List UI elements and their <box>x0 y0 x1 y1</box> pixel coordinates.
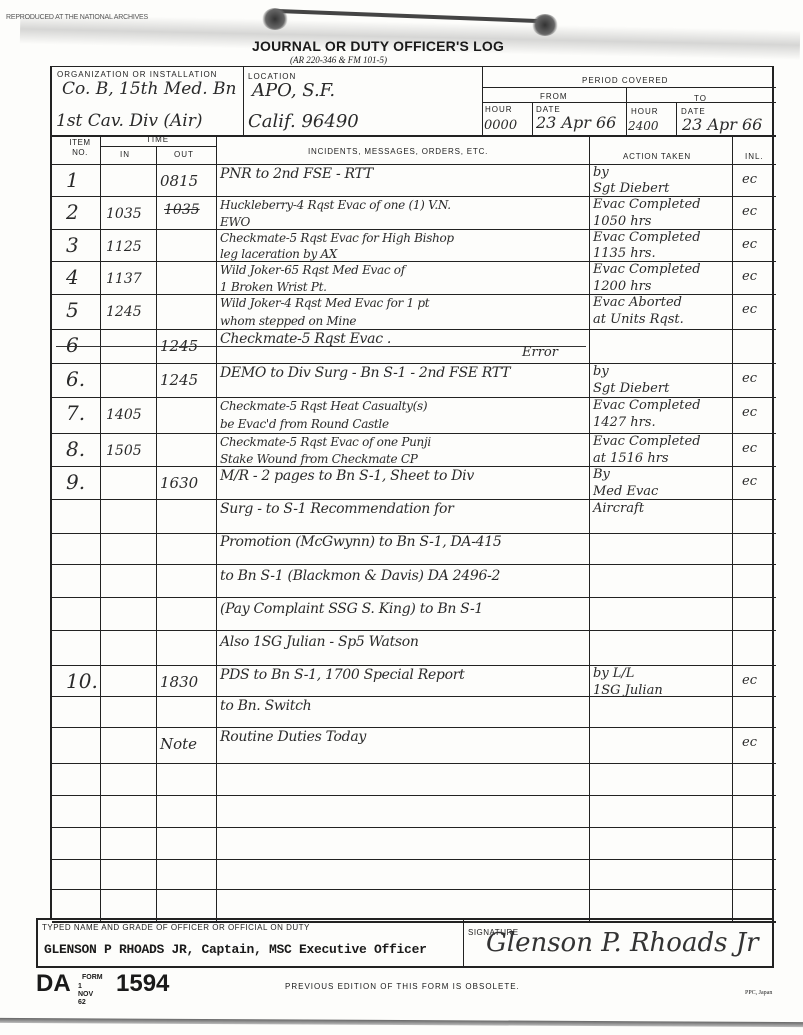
divider <box>532 102 533 135</box>
error-note: Error <box>522 345 558 360</box>
divider <box>626 87 627 135</box>
action-text: Evac Completed <box>593 434 701 449</box>
form-id: DA FORM 1 NOV 62 1594 <box>36 970 71 998</box>
initials: ec <box>742 474 757 489</box>
col-divider-incidents <box>589 135 590 921</box>
incident-text: M/R - 2 pages to Bn S-1, Sheet to Div <box>220 468 474 484</box>
divider <box>52 164 776 165</box>
divider <box>100 146 216 147</box>
time-in: 1245 <box>106 304 142 320</box>
incident-text: DEMO to Div Surg - Bn S-1 - 2nd FSE RTT <box>220 365 510 381</box>
row-rule <box>52 763 776 764</box>
incident-text: to Bn S-1 (Blackmon & Davis) DA 2496-2 <box>220 568 500 584</box>
action-text: Evac Completed <box>593 262 701 277</box>
item-no-header: ITEM NO. <box>62 138 98 158</box>
time-out: 1630 <box>160 474 198 492</box>
initials: ec <box>742 237 757 252</box>
to-date-value: 23 Apr 66 <box>682 115 762 134</box>
incident-text: leg laceration by AX <box>220 247 337 261</box>
row-rule <box>52 795 776 796</box>
row-rule <box>52 859 776 860</box>
initials: ec <box>742 269 757 284</box>
action-text: at Units Rqst. <box>593 312 684 327</box>
punch-hole-left <box>262 8 288 30</box>
row-rule <box>52 630 776 631</box>
organization-label: ORGANIZATION OR INSTALLATION <box>57 70 217 79</box>
time-in: 1125 <box>106 239 142 255</box>
time-in-header: IN <box>120 150 130 159</box>
typed-name-value: GLENSON P RHOADS JR, Captain, MSC Execut… <box>44 942 427 957</box>
action-text: 1200 hrs <box>593 279 651 294</box>
item-number: 10. <box>66 669 98 693</box>
printer-mark: PPC, Japan <box>745 990 772 996</box>
row-rule <box>52 889 776 890</box>
item-number: 5 <box>66 298 79 322</box>
item-number: 1 <box>66 168 79 192</box>
time-out-struck: 1035 <box>164 202 200 218</box>
from-hour-label: HOUR <box>485 105 513 114</box>
incident-text: PDS to Bn S-1, 1700 Special Report <box>220 667 464 683</box>
time-out: Note <box>160 735 197 753</box>
action-text: Evac Completed <box>593 197 701 212</box>
item-number: 7. <box>66 401 85 425</box>
form-label: FORM <box>82 974 103 982</box>
action-text: 1427 hrs. <box>593 415 656 430</box>
action-text: Evac Completed <box>593 398 701 413</box>
from-label: FROM <box>540 92 568 101</box>
initials: ec <box>742 302 757 317</box>
initials: ec <box>742 371 757 386</box>
divider <box>463 920 464 968</box>
divider <box>482 87 776 88</box>
strike-through <box>56 346 586 347</box>
initials: ec <box>742 405 757 420</box>
action-text: at 1516 hrs <box>593 451 669 466</box>
incident-text: Also 1SG Julian - Sp5 Watson <box>220 634 419 650</box>
action-text: Evac Aborted <box>593 295 682 310</box>
organization-line1: Co. B, 15th Med. Bn <box>62 79 236 99</box>
action-taken-header: ACTION TAKEN <box>623 152 691 161</box>
period-covered-label: PERIOD COVERED <box>582 76 668 85</box>
action-text: by <box>593 165 609 180</box>
col-divider-out <box>216 135 217 921</box>
incident-text: PNR to 2nd FSE - RTT <box>220 166 373 182</box>
incident-text: Promotion (McGwynn) to Bn S-1, DA-415 <box>220 534 502 550</box>
incident-text: Surg - to S-1 Recommendation for <box>220 501 454 517</box>
location-line1: APO, S.F. <box>252 80 335 101</box>
row-rule <box>52 665 776 666</box>
incident-text: Wild Joker-65 Rqst Med Evac of <box>220 263 405 277</box>
time-in: 1505 <box>106 443 142 459</box>
incident-text: be Evac'd from Round Castle <box>220 417 389 431</box>
form-subtitle: (AR 220-346 & FM 101-5) <box>290 55 387 65</box>
time-in: 1405 <box>106 407 142 423</box>
row-rule <box>52 466 776 467</box>
divider <box>676 102 677 135</box>
row-rule <box>52 499 776 500</box>
divider <box>243 67 244 135</box>
action-text: 1050 hrs <box>593 214 651 229</box>
from-date-value: 23 Apr 66 <box>536 113 616 132</box>
row-rule <box>52 363 776 364</box>
initials: ec <box>742 673 757 688</box>
item-number: 6. <box>66 367 85 391</box>
incident-text: Checkmate-5 Rqst Evac for High Bishop <box>220 231 454 245</box>
incident-text: Huckleberry-4 Rqst Evac of one (1) V.N. <box>220 198 451 212</box>
row-rule <box>52 696 776 697</box>
form-number: 1594 <box>116 970 169 998</box>
row-rule <box>52 827 776 828</box>
form-title: JOURNAL OR DUTY OFFICER'S LOG <box>252 38 504 54</box>
from-hour-value: 0000 <box>484 118 517 133</box>
row-rule <box>52 564 776 565</box>
location-line2: Calif. 96490 <box>248 111 359 132</box>
incident-text: Checkmate-5 Rqst Evac of one Punji <box>220 435 431 449</box>
archive-stamp: REPRODUCED AT THE NATIONAL ARCHIVES <box>6 14 148 21</box>
form-date: 1 NOV 62 <box>78 983 93 1007</box>
to-hour-label: HOUR <box>631 107 659 116</box>
signature: Glenson P. Rhoads Jr <box>486 928 759 958</box>
item-number: 8. <box>66 437 85 461</box>
to-hour-value: 2400 <box>628 119 659 133</box>
action-text: Sgt Diebert <box>593 381 669 396</box>
incident-text: Checkmate-5 Rqst Evac . <box>220 331 391 347</box>
item-number: 4 <box>66 265 79 289</box>
time-out: 1245 <box>160 371 198 389</box>
action-text: Med Evac <box>593 484 658 499</box>
initials: ec <box>742 441 757 456</box>
row-rule <box>52 597 776 598</box>
time-in: 1035 <box>106 206 142 222</box>
divider <box>482 67 483 135</box>
action-text: Evac Completed <box>593 230 701 245</box>
item-number: 6 <box>66 333 79 357</box>
previous-edition-note: PREVIOUS EDITION OF THIS FORM IS OBSOLET… <box>285 982 520 991</box>
time-in: 1137 <box>106 271 142 287</box>
time-out-header: OUT <box>174 150 194 159</box>
item-number: 9. <box>66 470 85 494</box>
page-edge <box>0 1018 803 1027</box>
time-out: 1830 <box>160 673 198 691</box>
col-divider-action <box>732 135 733 921</box>
action-text: Aircraft <box>593 501 644 516</box>
incident-text: Wild Joker-4 Rqst Med Evac for 1 pt <box>220 296 429 310</box>
item-number: 3 <box>66 233 79 257</box>
action-text: 1SG Julian <box>593 683 663 698</box>
incident-text: Stake Wound from Checkmate CP <box>220 452 418 466</box>
incident-text: to Bn. Switch <box>220 698 311 714</box>
row-rule <box>52 329 776 330</box>
typed-name-label: TYPED NAME AND GRADE OF OFFICER OR OFFIC… <box>42 923 310 932</box>
initials: ec <box>742 172 757 187</box>
time-out: 0815 <box>160 172 198 190</box>
log-form: ORGANIZATION OR INSTALLATION Co. B, 15th… <box>50 66 774 920</box>
incident-text: Routine Duties Today <box>220 729 366 745</box>
incident-text: whom stepped on Mine <box>220 314 356 328</box>
incident-text: (Pay Complaint SSG S. King) to Bn S-1 <box>220 601 483 617</box>
time-header: TIME <box>146 135 169 144</box>
initials: ec <box>742 204 757 219</box>
action-text: 1135 hrs. <box>593 246 656 261</box>
divider <box>482 102 776 103</box>
inl-header: INL. <box>745 152 764 161</box>
col-divider-item <box>100 135 101 921</box>
item-number: 2 <box>66 200 79 224</box>
incidents-header: INCIDENTS, MESSAGES, ORDERS, ETC. <box>308 147 488 156</box>
row-rule <box>52 727 776 728</box>
action-text: by L/L <box>593 666 634 681</box>
punch-hole-right <box>532 14 558 36</box>
action-text: Sgt Diebert <box>593 181 669 196</box>
action-text: By <box>593 467 610 482</box>
organization-line2: 1st Cav. Div (Air) <box>56 111 203 131</box>
action-text: by <box>593 364 609 379</box>
incident-text: Checkmate-5 Rqst Heat Casualty(s) <box>220 399 427 413</box>
form-prefix: DA <box>36 970 71 997</box>
signature-block: TYPED NAME AND GRADE OF OFFICER OR OFFIC… <box>36 918 774 968</box>
initials: ec <box>742 735 757 750</box>
incident-text: 1 Broken Wrist Pt. <box>220 280 327 294</box>
incident-text: EWO <box>220 215 250 229</box>
